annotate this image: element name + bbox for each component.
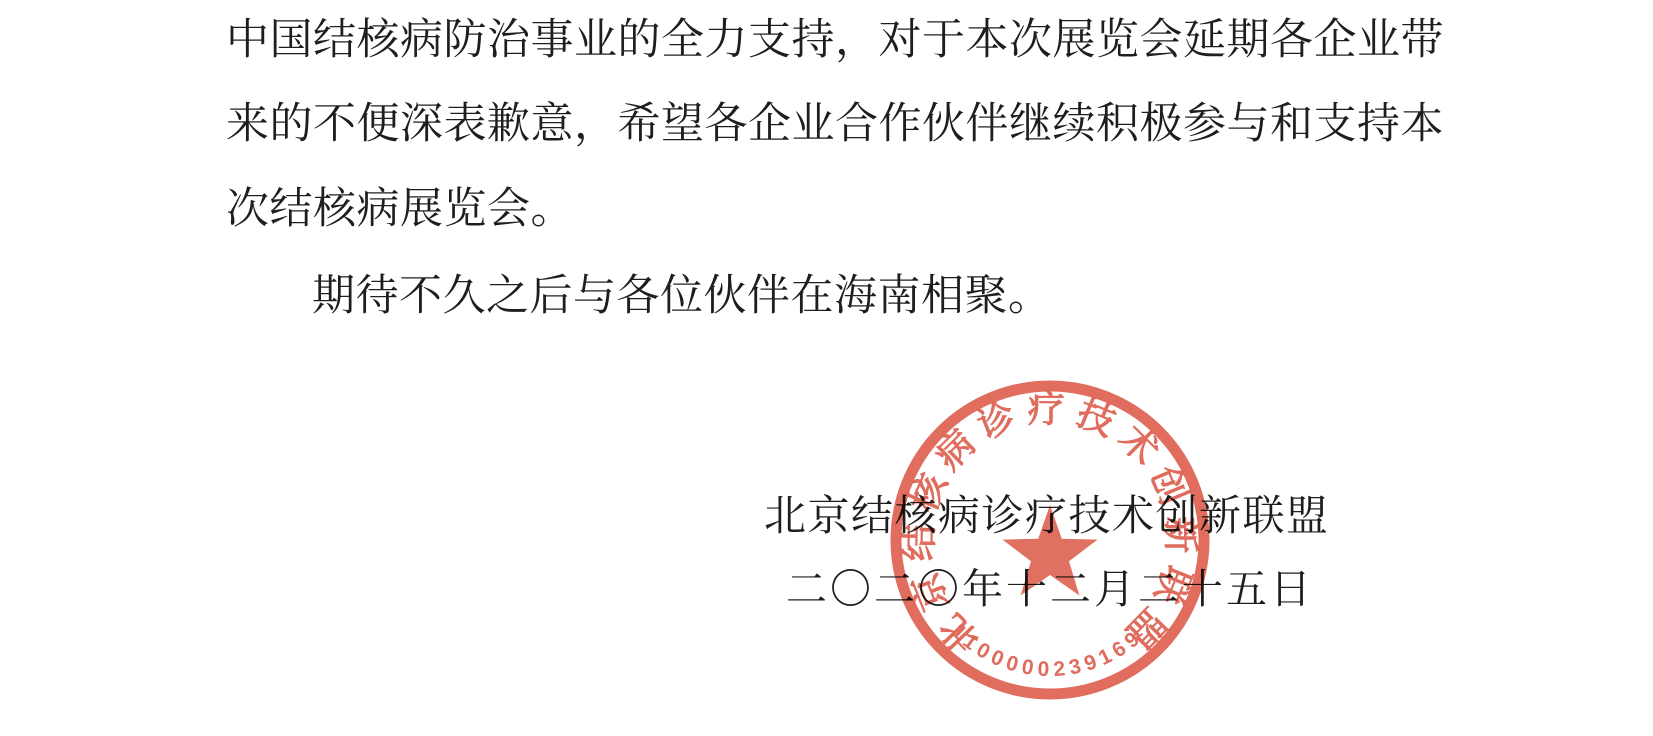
body-text-line-2: 来的不便深表歉意，希望各企业合作伙伴继续积极参与和支持本 xyxy=(226,90,1444,151)
body-text-line-1: 中国结核病防治事业的全力支持，对于本次展览会延期各企业带 xyxy=(226,6,1444,67)
seal-star-icon xyxy=(1002,505,1097,596)
letter-page: 中国结核病防治事业的全力支持，对于本次展览会延期各企业带 来的不便深表歉意，希望… xyxy=(0,0,1653,736)
body-text-line-3: 次结核病展览会。 xyxy=(226,175,574,236)
body-text-line-4: 期待不久之后与各位伙伴在海南相聚。 xyxy=(312,262,1052,323)
official-seal-stamp-icon: 北京结核病诊疗技术创新联盟 1100000239169 xyxy=(880,370,1220,710)
